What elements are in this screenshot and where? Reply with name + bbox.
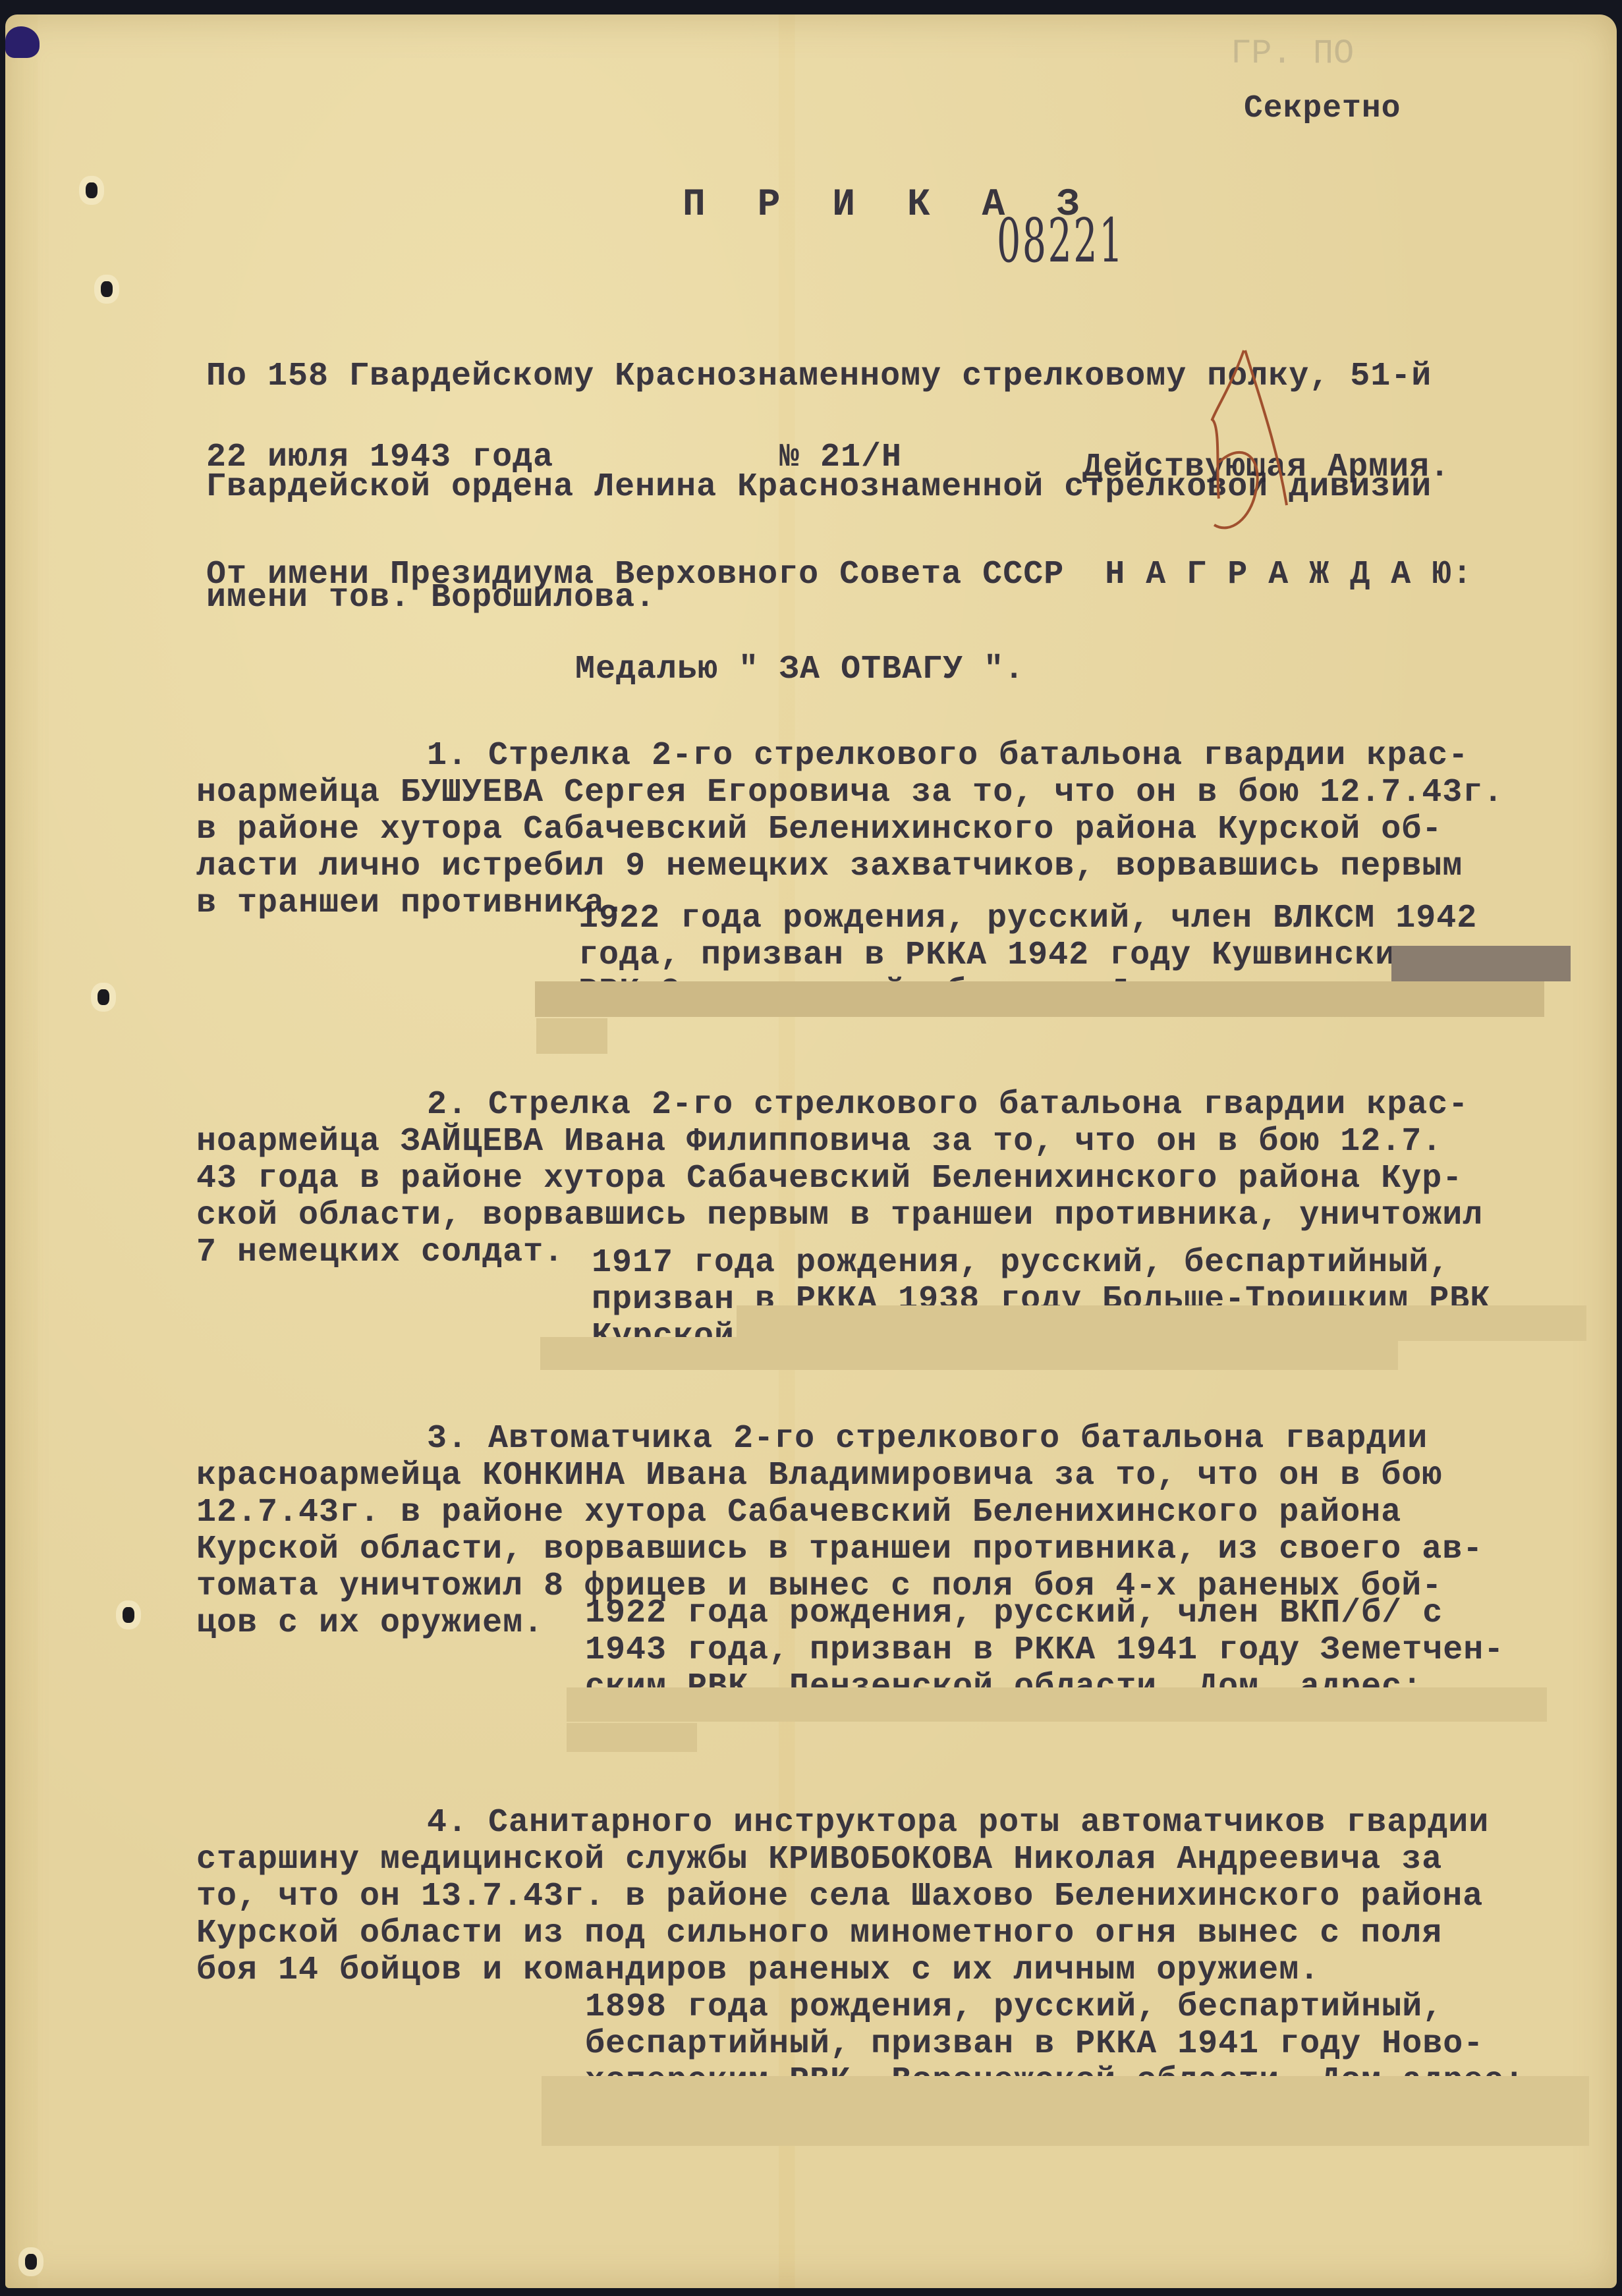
entry-line: ноармейца ЗАЙЦЕВА Ивана Филипповича за т… — [196, 1124, 1613, 1161]
punch-hole — [98, 989, 109, 1005]
classification-label: Секретно — [1244, 90, 1401, 127]
entry-line: 1. Стрелка 2-го стрелкового батальона гв… — [196, 738, 1613, 775]
award-entry-4: 4. Санитарного инструктора роты автоматч… — [196, 1805, 1613, 1989]
document-page: ГР. ПО Секретно П Р И К А З 08221 По 158… — [5, 14, 1617, 2288]
redaction-box — [567, 1687, 1547, 1722]
award-entry-1: 1. Стрелка 2-го стрелкового батальона гв… — [196, 738, 1613, 922]
punch-hole — [25, 2254, 37, 2270]
medal-name: Медалью " ЗА ОТВАГУ ". — [575, 651, 1024, 688]
bio-line: 1898 года рождения, русский, беспартийны… — [585, 1989, 1613, 2026]
redaction-box — [1391, 946, 1571, 981]
entry-line: ской области, ворвавшись первым в транше… — [196, 1197, 1613, 1234]
entry-line: Курской области из под сильного минометн… — [196, 1915, 1613, 1952]
entry-line: старшину медицинской службы КРИВОБОКОВА … — [196, 1842, 1613, 1878]
entry-line: красноармейца КОНКИНА Ивана Владимирович… — [196, 1458, 1613, 1494]
punch-hole — [86, 182, 98, 198]
redaction-box — [567, 1723, 697, 1752]
redaction-box — [737, 1305, 1586, 1341]
entry-line: 4. Санитарного инструктора роты автоматч… — [196, 1805, 1613, 1842]
bio-line: 1922 года рождения, русский, член ВКП/б/… — [585, 1595, 1613, 1632]
ink-stain — [5, 26, 40, 58]
punch-hole — [101, 281, 113, 297]
entry-line: Курской области, ворвавшись в траншеи пр… — [196, 1531, 1613, 1568]
redaction-box — [535, 981, 1544, 1017]
faint-archive-stamp: ГР. ПО — [1231, 34, 1354, 73]
entry-line: то, что он 13.7.43г. в районе села Шахов… — [196, 1878, 1613, 1915]
redaction-box — [540, 1337, 1398, 1370]
award-declaration: От имени Президиума Верховного Совета СС… — [206, 557, 1472, 593]
punch-hole — [123, 1607, 134, 1623]
entry-line: 43 года в районе хутора Сабачевский Беле… — [196, 1161, 1613, 1197]
bio-line: 1917 года рождения, русский, беспартийны… — [592, 1245, 1600, 1282]
redaction-box — [542, 2076, 1589, 2146]
entry-line: ноармейца БУШУЕВА Сергея Егоровича за то… — [196, 775, 1613, 811]
entry-line: ласти лично истребил 9 немецких захватчи… — [196, 848, 1613, 885]
entry-line: в районе хутора Сабачевский Беленихинско… — [196, 811, 1613, 848]
entry-line: 3. Автоматчика 2-го стрелкового батальон… — [196, 1421, 1613, 1458]
bio-line: 1922 года рождения, русский, член ВЛКСМ … — [578, 900, 1600, 937]
red-pencil-mark — [1204, 347, 1297, 538]
bio-line: беспартийный, призван в РККА 1941 году Н… — [585, 2026, 1613, 2063]
entry-line: боя 14 бойцов и командиров раненых с их … — [196, 1952, 1613, 1989]
order-number: № 21/Н — [779, 439, 902, 476]
entry-line: 2. Стрелка 2-го стрелкового батальона гв… — [196, 1087, 1613, 1124]
redaction-box — [536, 1018, 607, 1054]
entry-line: 12.7.43г. в районе хутора Сабачевский Бе… — [196, 1494, 1613, 1531]
bio-line: 1943 года, призван в РККА 1941 году Земе… — [585, 1632, 1613, 1669]
order-date: 22 июля 1943 года — [206, 439, 553, 476]
handwritten-order-number: 08221 — [997, 205, 1125, 276]
award-entry-2: 2. Стрелка 2-го стрелкового батальона гв… — [196, 1087, 1613, 1271]
